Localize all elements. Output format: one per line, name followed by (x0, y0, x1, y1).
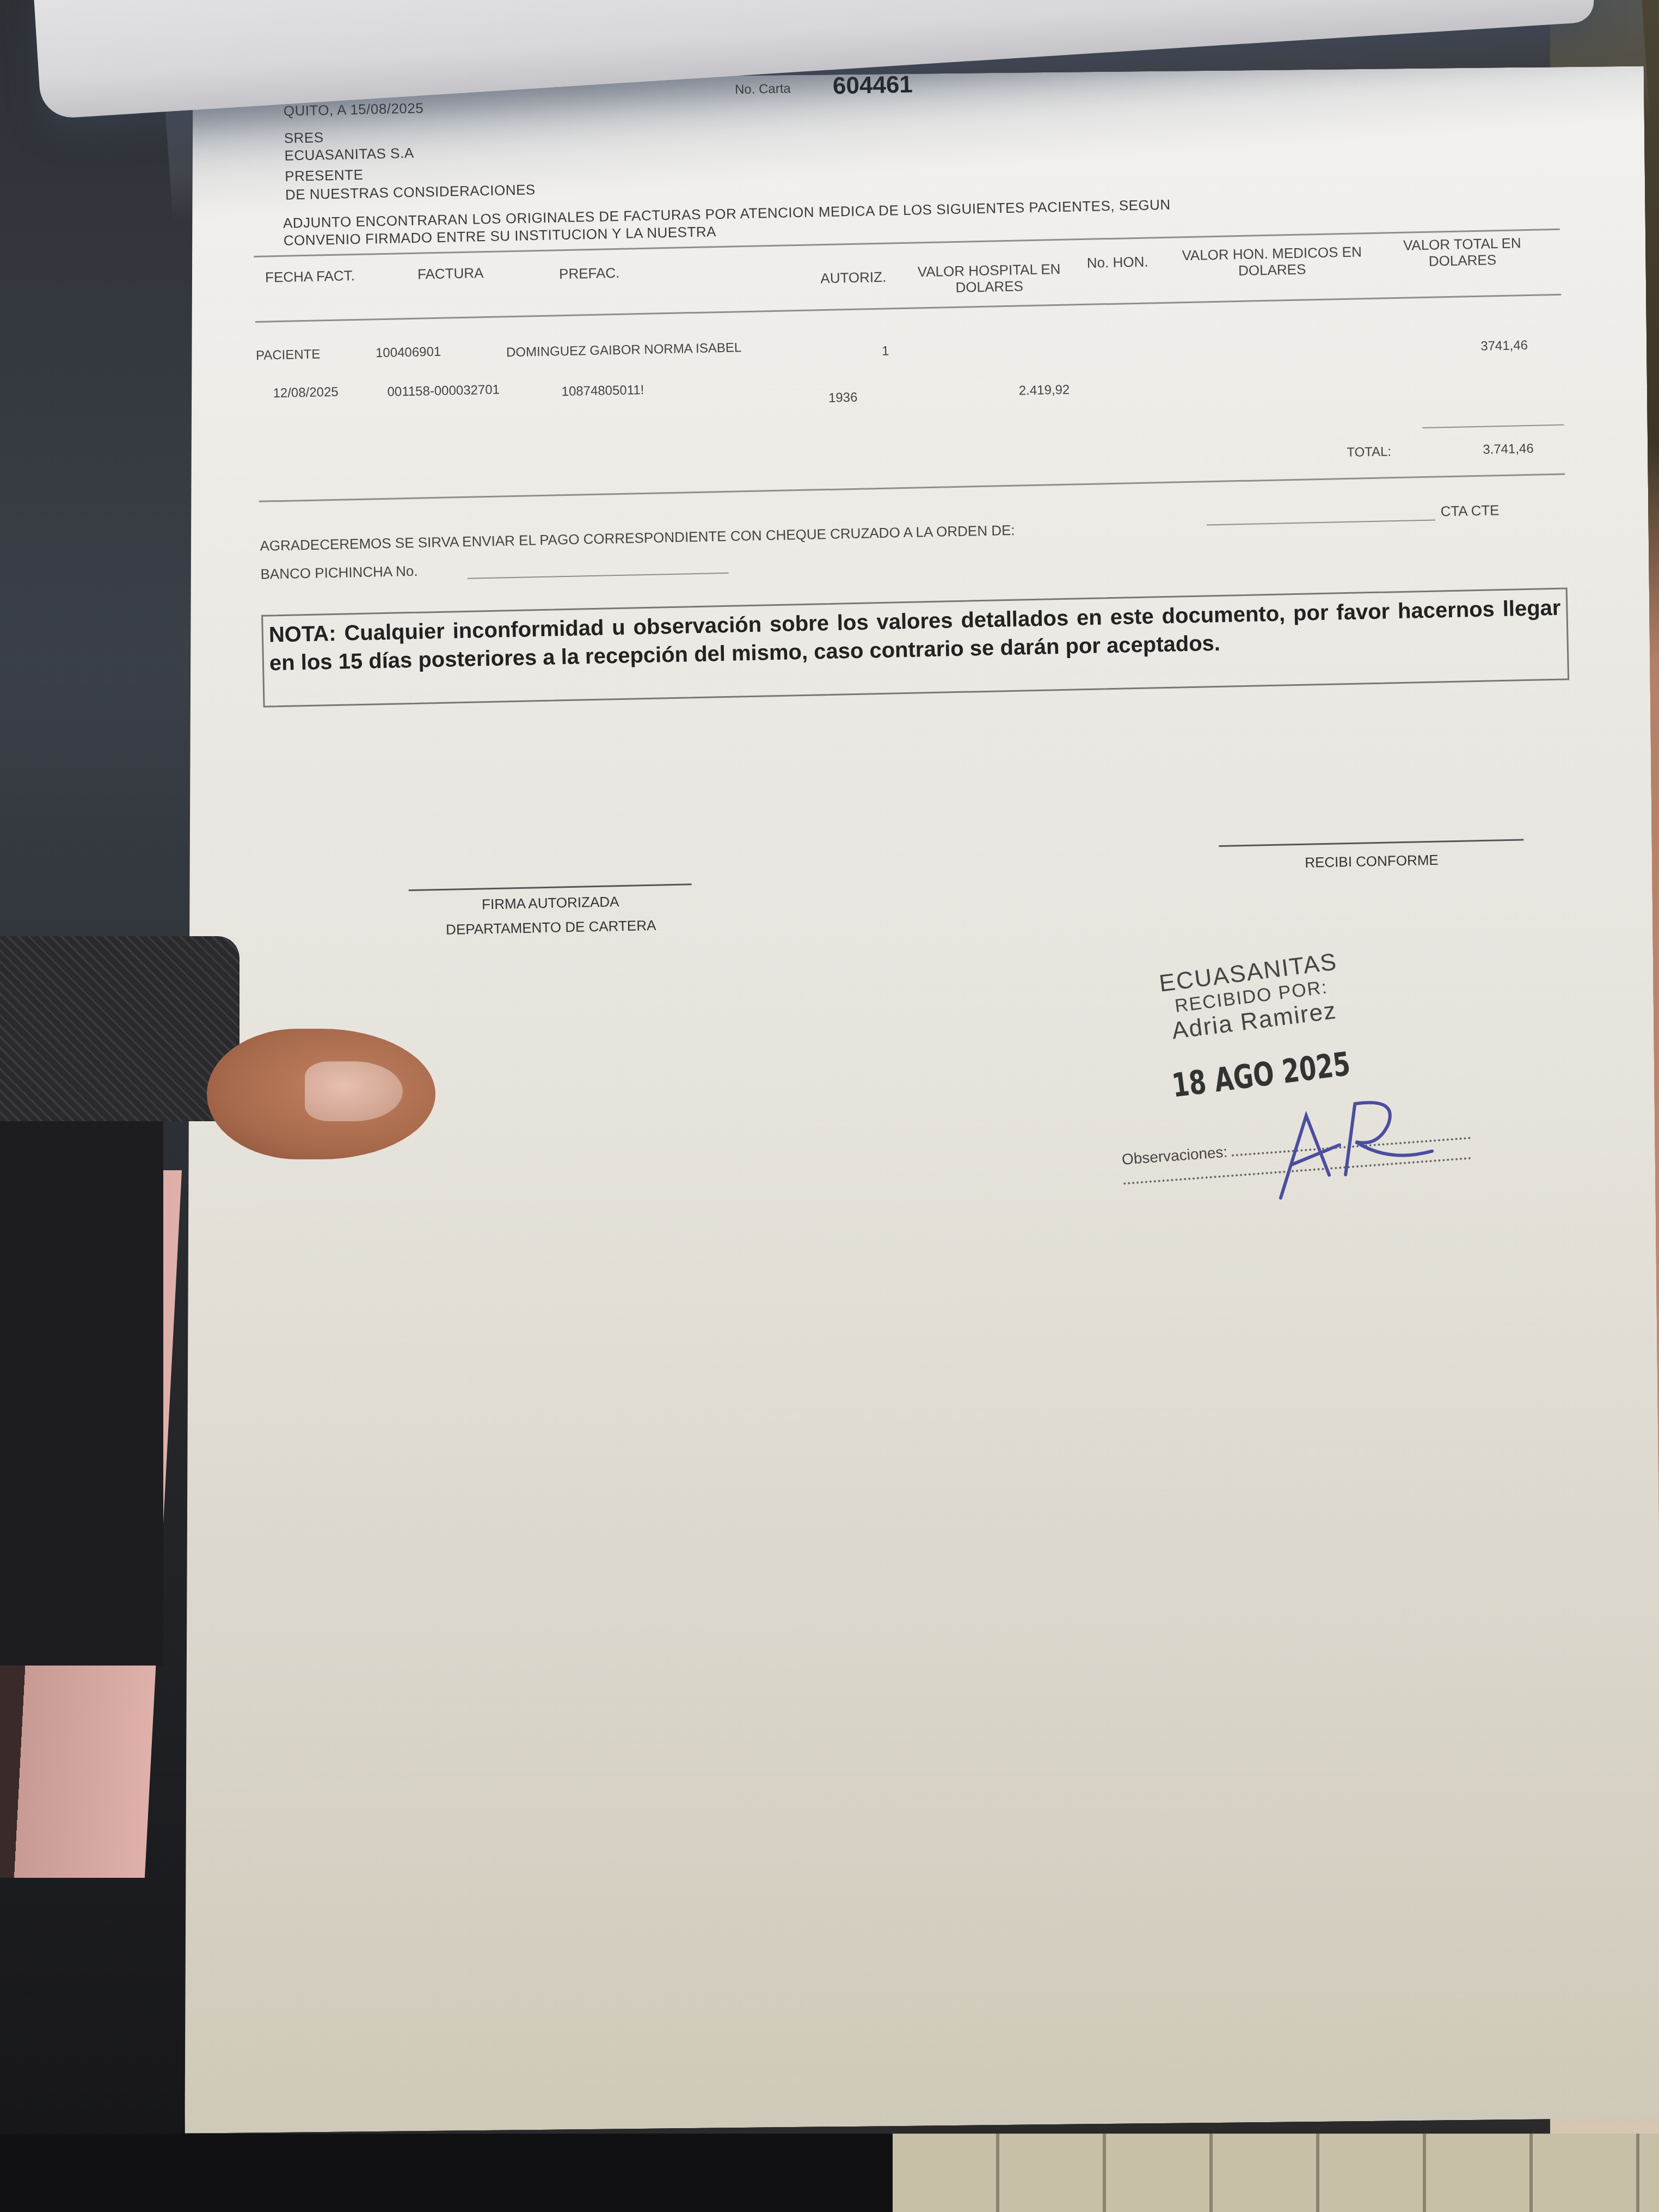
carta-label: No. Carta (735, 81, 791, 97)
row-fecha-fact: 12/08/2025 (273, 385, 339, 402)
cta-cte-label: CTA CTE (1440, 502, 1499, 520)
col-fecha-fact: FECHA FACT. (265, 267, 355, 285)
total-label: TOTAL: (1347, 444, 1391, 460)
col-valor-hon-medicos: VALOR HON. MEDICOS EN DOLARES (1173, 243, 1370, 280)
col-no-hon: No. HON. (1087, 254, 1148, 271)
background-bottom (0, 2134, 893, 2212)
row-factura: 001158-000032701 (387, 383, 500, 400)
col-valor-total: VALOR TOTAL EN DOLARES (1391, 235, 1533, 270)
floor-tiles (893, 2134, 1659, 2212)
payment-line-2: BANCO PICHINCHA No. (260, 563, 418, 583)
background-left (0, 0, 196, 2212)
presente: PRESENTE (285, 167, 364, 185)
col-valor-hospital: VALOR HOSPITAL EN DOLARES (907, 261, 1071, 297)
col-factura: FACTURA (417, 265, 484, 282)
patient-id: 100406901 (376, 345, 441, 361)
row-valor-hospital: 2.419,92 (1019, 383, 1070, 399)
handwritten-signature-icon (1268, 1091, 1444, 1204)
col-autoriz: AUTORIZ. (820, 269, 886, 287)
addressee: ECUASANITAS S.A (284, 145, 414, 164)
addressee-prefix: SRES (284, 129, 323, 147)
patient-total: 3741,46 (1480, 338, 1528, 354)
total-value: 3.741,46 (1483, 441, 1534, 458)
carta-number: 604461 (832, 71, 913, 100)
patient-flag: 1 (882, 344, 889, 359)
col-prefac: PREFAC. (559, 265, 620, 282)
row-autoriz: 1936 (828, 390, 858, 406)
patient-label: PACIENTE (256, 347, 321, 363)
row-prefac: 10874805011! (561, 383, 644, 400)
